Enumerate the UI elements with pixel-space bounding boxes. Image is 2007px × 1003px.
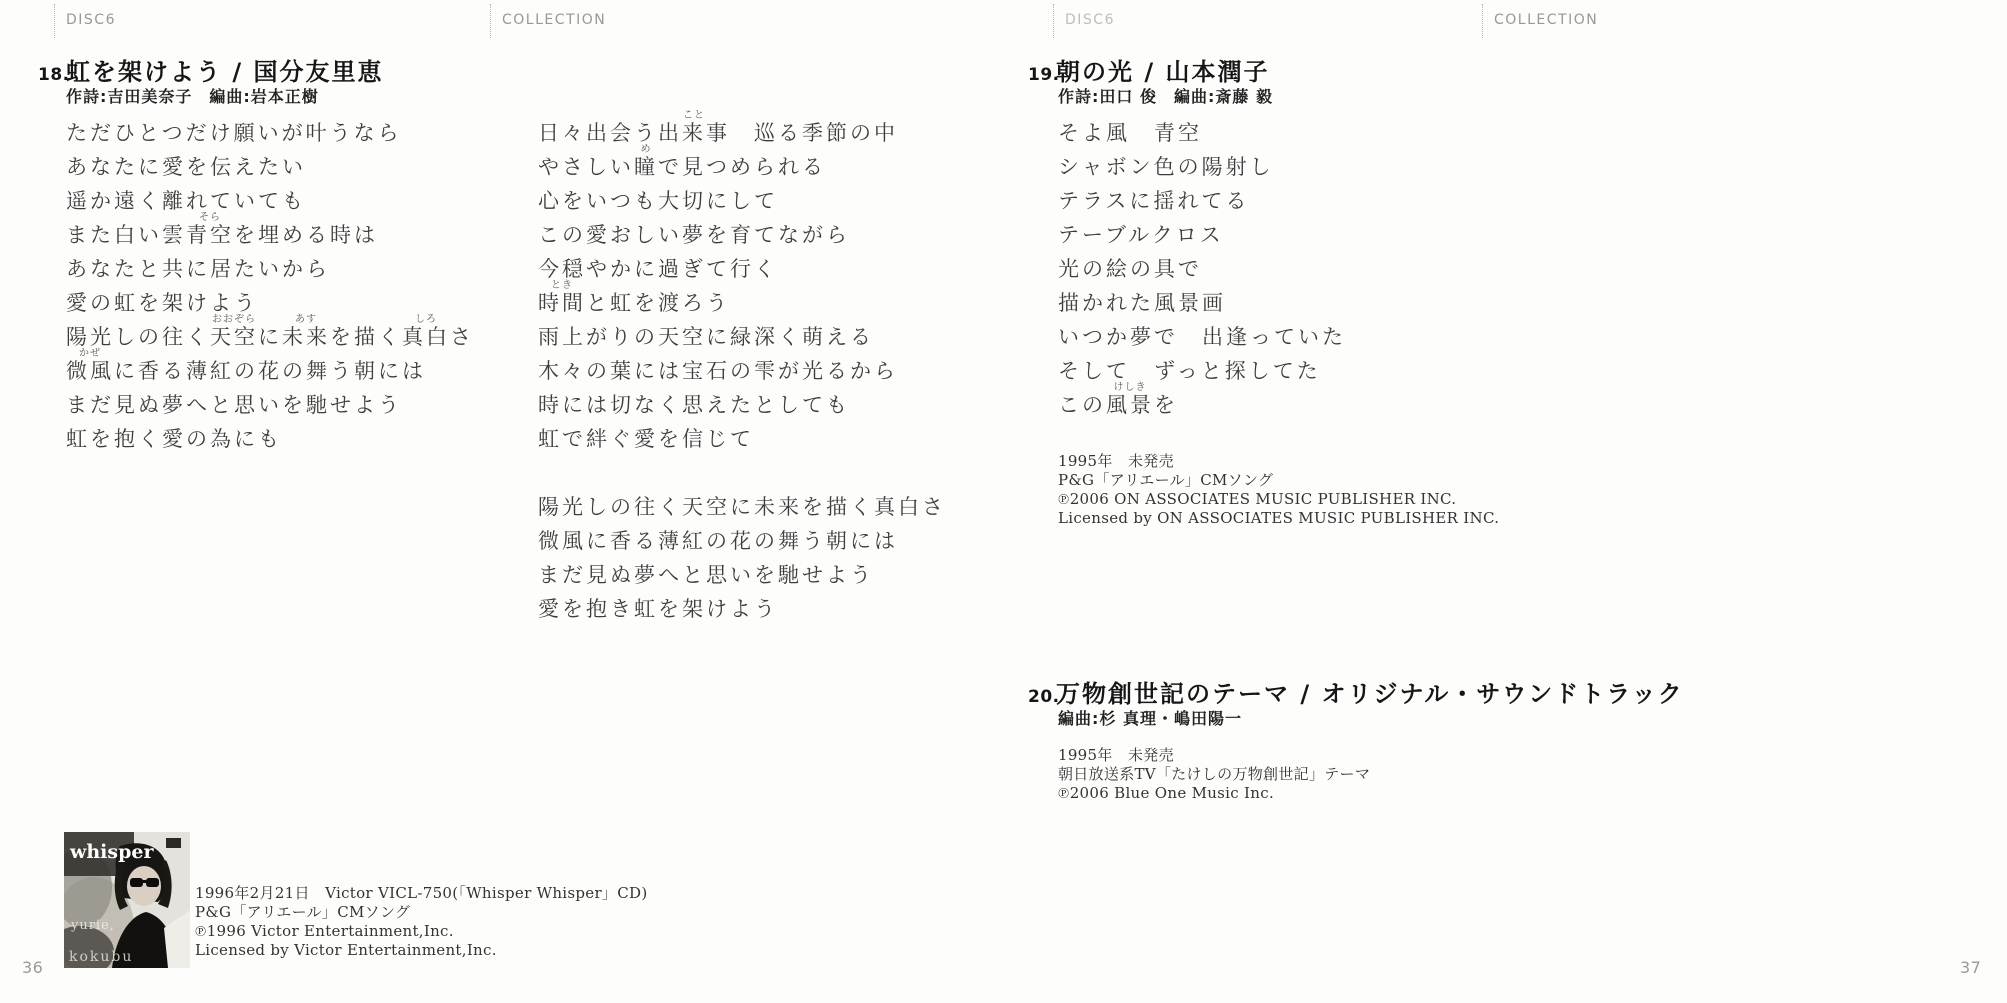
ruby-furigana: あす bbox=[295, 315, 317, 325]
release-line: ℗2006 Blue One Music Inc. bbox=[1058, 784, 1370, 803]
collection-label: COLLECTION bbox=[502, 4, 606, 28]
track19-lyrics: そよ風 青空シャボン色の陽射しテラスに揺れてるテーブルクロス光の絵の具で描かれた… bbox=[1058, 116, 1346, 422]
lyric-line: あなたと共に居たいから bbox=[66, 252, 474, 286]
lyric-line: 時には切なく思えたとしても bbox=[538, 388, 946, 422]
lyric-line: そよ風 青空 bbox=[1058, 116, 1346, 150]
album-cover-art: whisper yurie, kokubu bbox=[64, 832, 190, 968]
lyric-line: 虹で絆ぐ愛を信じて bbox=[538, 422, 946, 456]
lyric-line: シャボン色の陽射し bbox=[1058, 150, 1346, 184]
album-cover-photo: whisper yurie, kokubu bbox=[64, 832, 190, 968]
release-line: ℗2006 ON ASSOCIATES MUSIC PUBLISHER INC. bbox=[1058, 490, 1499, 509]
release-line: 1995年 未発売 bbox=[1058, 746, 1370, 765]
ruby-furigana: とき bbox=[551, 281, 573, 291]
track-number: 20. bbox=[1028, 687, 1054, 707]
ruby-base: 時間とき bbox=[538, 291, 586, 315]
lyric-line: 時間ときと虹を渡ろう bbox=[538, 286, 946, 320]
ruby-base: 微風かぜ bbox=[66, 359, 114, 383]
lyric-line: ただひとつだけ願いが叶うなら bbox=[66, 116, 474, 150]
ruby-base: 未来あす bbox=[282, 325, 330, 349]
lyric-line: 今穏やかに過ぎて行く bbox=[538, 252, 946, 286]
track20-release-info: 1995年 未発売朝日放送系TV「たけしの万物創世記」テーマ℗2006 Blue… bbox=[1058, 746, 1370, 803]
collection-label: COLLECTION bbox=[1494, 4, 1598, 28]
lyric-line: 陽光しの往く天空に未来を描く真白さ bbox=[538, 490, 946, 524]
ruby-base: 瞳め bbox=[634, 155, 658, 179]
lyric-line: 遥か遠く離れていても bbox=[66, 184, 474, 218]
ruby-furigana: けしき bbox=[1114, 383, 1147, 393]
track19-credits: 作詩:田口 俊 編曲:斎藤 毅 bbox=[1058, 84, 1273, 107]
album-artist-text-2: kokubu bbox=[69, 949, 133, 965]
page-number-left: 36 bbox=[22, 958, 43, 977]
track18-heading: 18. 虹を架けよう / 国分友里恵 bbox=[38, 52, 383, 87]
lyric-line: 光の絵の具で bbox=[1058, 252, 1346, 286]
track20-credits: 編曲:杉 真理・嶋田陽一 bbox=[1058, 706, 1242, 729]
track-title: 朝の光 / 山本潤子 bbox=[1056, 52, 1269, 87]
track19-heading: 19. 朝の光 / 山本潤子 bbox=[1028, 52, 1269, 87]
lyric-line: やさしい瞳めで見つめられる bbox=[538, 150, 946, 184]
header-right-disc: DISC6 bbox=[1053, 4, 1115, 38]
lyric-line: 心をいつも大切にして bbox=[538, 184, 946, 218]
release-line: P&G「アリエール」CMソング bbox=[195, 903, 647, 922]
lyric-line: 虹を抱く愛の為にも bbox=[66, 422, 474, 456]
lyric-line: まだ見ぬ夢へと思いを馳せよう bbox=[538, 558, 946, 592]
lyric-line: 描かれた風景画 bbox=[1058, 286, 1346, 320]
track-number: 19. bbox=[1028, 65, 1054, 85]
ruby-base: 真白しろ bbox=[402, 325, 450, 349]
header-divider bbox=[1053, 4, 1054, 38]
lyric-line: 愛の虹を架けよう bbox=[66, 286, 474, 320]
booklet-spread: DISC6 COLLECTION DISC6 COLLECTION 18. 虹を… bbox=[0, 0, 2007, 1003]
lyric-line: この愛おしい夢を育てながら bbox=[538, 218, 946, 252]
header-divider bbox=[54, 4, 55, 38]
track-number: 18. bbox=[38, 65, 64, 85]
lyric-line: 日々出会う出来事こと 巡る季節の中 bbox=[538, 116, 946, 150]
header-left-collection: COLLECTION bbox=[490, 4, 606, 38]
disc-label: DISC6 bbox=[66, 4, 116, 28]
lyric-line: あなたに愛を伝えたい bbox=[66, 150, 474, 184]
track20-heading: 20. 万物創世記のテーマ / オリジナル・サウンドトラック bbox=[1028, 674, 1684, 709]
header-divider bbox=[1482, 4, 1483, 38]
ruby-base: 青空そら bbox=[186, 223, 234, 247]
page-number-right: 37 bbox=[1960, 958, 1981, 977]
ruby-furigana: かぜ bbox=[79, 349, 101, 359]
ruby-furigana: こと bbox=[683, 111, 705, 121]
ruby-furigana: め bbox=[641, 145, 652, 155]
lyric-line: 微風かぜに香る薄紅の花の舞う朝には bbox=[66, 354, 474, 388]
lyric-line: 木々の葉には宝石の雫が光るから bbox=[538, 354, 946, 388]
release-line: P&G「アリエール」CMソング bbox=[1058, 471, 1499, 490]
ruby-base: 出来事こと bbox=[658, 121, 730, 145]
lyric-line: テラスに揺れてる bbox=[1058, 184, 1346, 218]
track18-credits: 作詩:吉田美奈子 編曲:岩本正樹 bbox=[66, 84, 319, 107]
header-right-collection: COLLECTION bbox=[1482, 4, 1598, 38]
track18-release-info: 1996年2月21日 Victor VICL-750(「Whisper Whis… bbox=[195, 884, 647, 960]
release-line: 1996年2月21日 Victor VICL-750(「Whisper Whis… bbox=[195, 884, 647, 903]
lyric-line bbox=[538, 456, 946, 490]
lyric-line: いつか夢で 出逢っていた bbox=[1058, 320, 1346, 354]
track19-release-info: 1995年 未発売P&G「アリエール」CMソング℗2006 ON ASSOCIA… bbox=[1058, 452, 1499, 528]
track-title: 虹を架けよう / 国分友里恵 bbox=[66, 52, 383, 87]
release-line: Licensed by ON ASSOCIATES MUSIC PUBLISHE… bbox=[1058, 509, 1499, 528]
lyric-line: 陽光しの往く天空おおぞらに未来あすを描く真白しろさ bbox=[66, 320, 474, 354]
ruby-base: 天空おおぞら bbox=[210, 325, 258, 349]
release-line: Licensed by Victor Entertainment,Inc. bbox=[195, 941, 647, 960]
lyric-line: そして ずっと探してた bbox=[1058, 354, 1346, 388]
lyric-line: この風景けしきを bbox=[1058, 388, 1346, 422]
header-divider bbox=[490, 4, 491, 38]
lyric-line: 雨上がりの天空に緑深く萌える bbox=[538, 320, 946, 354]
header-left-disc: DISC6 bbox=[54, 4, 116, 38]
lyric-line: また白い雲青空そらを埋める時は bbox=[66, 218, 474, 252]
ruby-furigana: そら bbox=[199, 213, 221, 223]
release-line: ℗1996 Victor Entertainment,Inc. bbox=[195, 922, 647, 941]
release-line: 1995年 未発売 bbox=[1058, 452, 1499, 471]
lyric-line: テーブルクロス bbox=[1058, 218, 1346, 252]
track18-lyrics-column-1: ただひとつだけ願いが叶うならあなたに愛を伝えたい遥か遠く離れていてもまた白い雲青… bbox=[66, 116, 474, 456]
album-title-text: whisper bbox=[69, 841, 154, 863]
track-title: 万物創世記のテーマ / オリジナル・サウンドトラック bbox=[1056, 674, 1684, 709]
lyric-line: 微風に香る薄紅の花の舞う朝には bbox=[538, 524, 946, 558]
lyric-line: 愛を抱き虹を架けよう bbox=[538, 592, 946, 626]
disc-label: DISC6 bbox=[1065, 4, 1115, 28]
ruby-furigana: しろ bbox=[415, 315, 437, 325]
ruby-furigana: おおぞら bbox=[212, 315, 256, 325]
track18-lyrics-column-2: 日々出会う出来事こと 巡る季節の中やさしい瞳めで見つめられる心をいつも大切にして… bbox=[538, 116, 946, 626]
ruby-base: 風景けしき bbox=[1106, 393, 1154, 417]
album-artist-text-1: yurie, bbox=[70, 918, 115, 933]
release-line: 朝日放送系TV「たけしの万物創世記」テーマ bbox=[1058, 765, 1370, 784]
lyric-line: まだ見ぬ夢へと思いを馳せよう bbox=[66, 388, 474, 422]
